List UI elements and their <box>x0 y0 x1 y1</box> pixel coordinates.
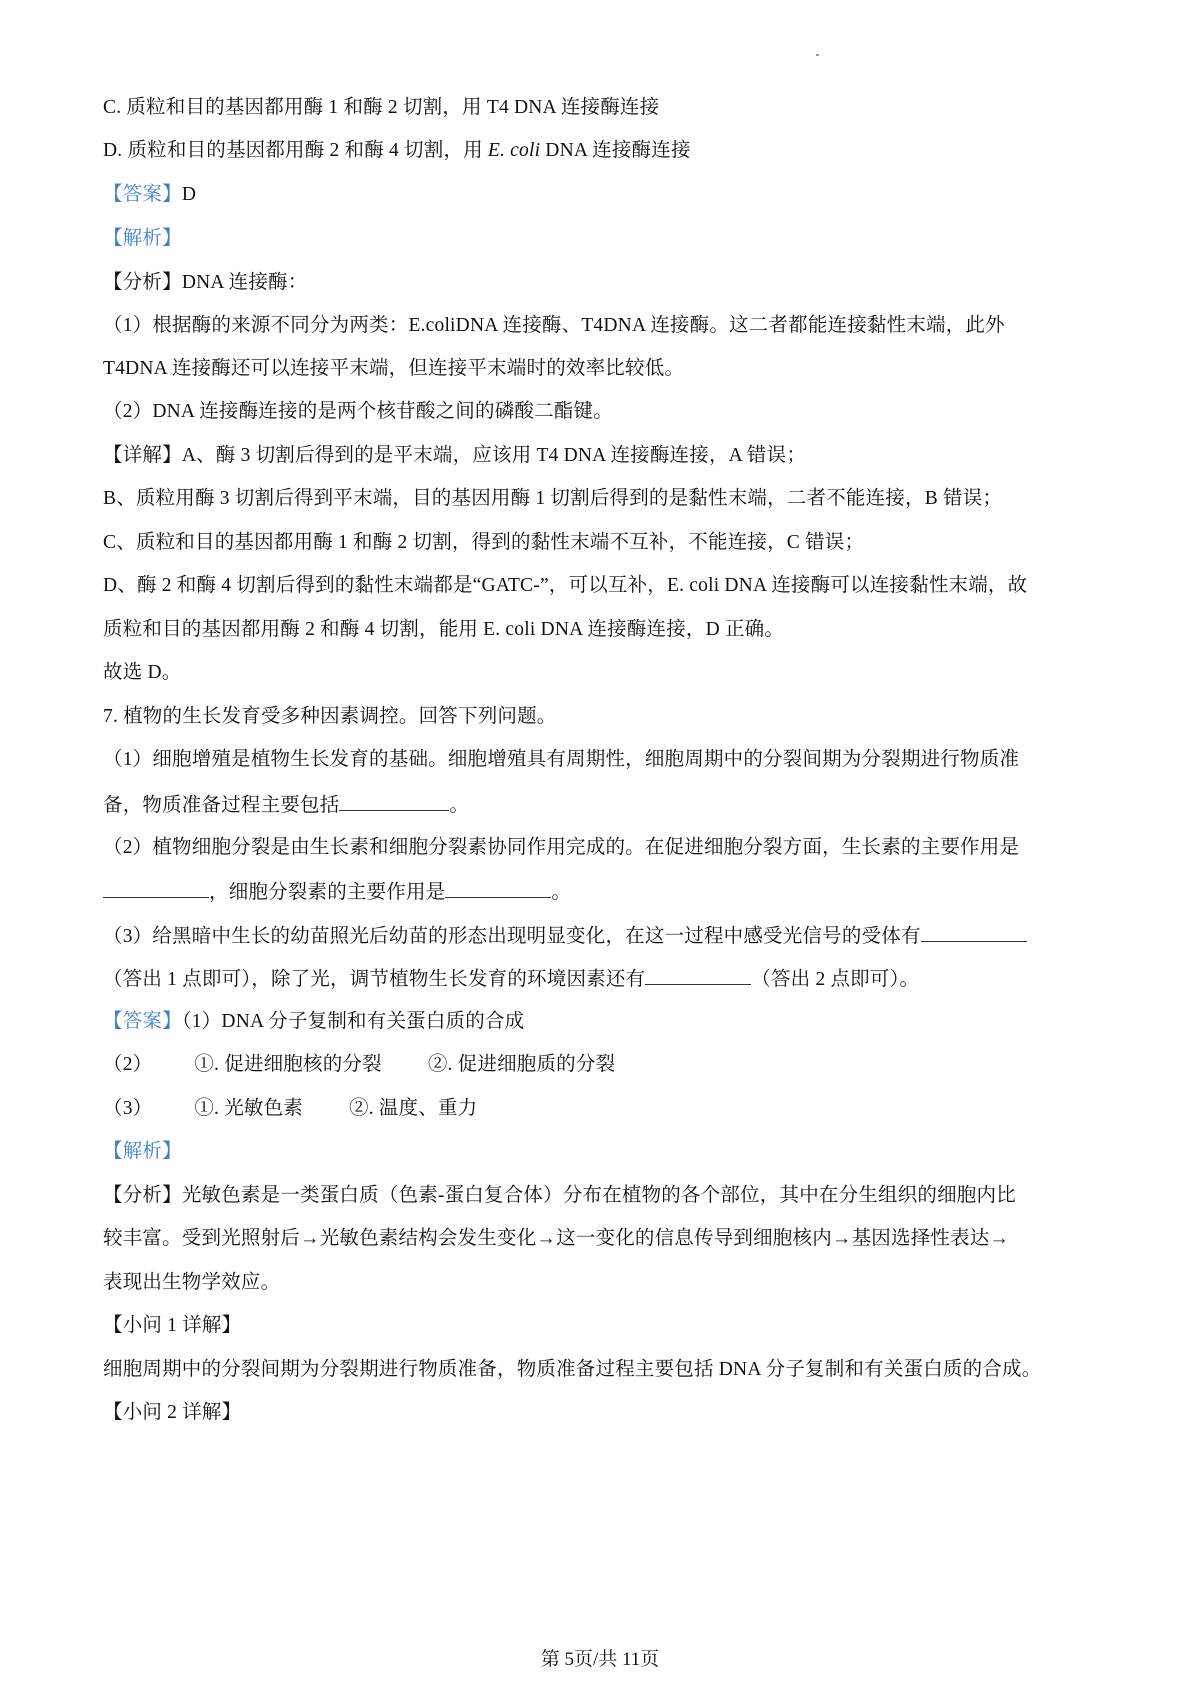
analysis-tag: 【解析】 <box>103 1141 182 1162</box>
sub3-text: （答出 1 点即可），除了光，调节植物生长发育的环境因素还有 <box>103 969 645 990</box>
q6-detail-c: C、质粒和目的基因都用酶 1 和酶 2 切割，得到的黏性末端不互补，不能连接，C… <box>103 531 864 555</box>
q7-fenxi-line3: 表现出生物学效应。 <box>103 1271 280 1295</box>
sub1-text: 备，物质准备过程主要包括 <box>103 795 339 816</box>
q6-analysis-heading: 【解析】 <box>103 227 182 251</box>
answer-text: （1）DNA 分子复制和有关蛋白质的合成 <box>182 1011 525 1032</box>
answer-tag: 【答案】 <box>103 1011 182 1032</box>
answer-item: ①. 光敏色素 <box>194 1098 303 1119</box>
answer-value: D <box>182 184 196 205</box>
answer-blank <box>645 966 751 985</box>
q6-conclusion: 故选 D。 <box>103 661 181 685</box>
q7-stem: 7. 植物的生长发育受多种因素调控。回答下列问题。 <box>103 705 557 729</box>
option-prefix: D. <box>103 140 127 161</box>
q6-detail-d-line2: 质粒和目的基因都用酶 2 和酶 4 切割，能用 E. coli DNA 连接酶连… <box>103 618 784 642</box>
sub3-text: （答出 2 点即可）。 <box>751 969 919 990</box>
answer-tag: 【答案】 <box>103 184 182 205</box>
q6-detail-d-line1: D、酶 2 和酶 4 切割后得到的黏性末端都是“GATC-”，可以互补，E. c… <box>103 574 1027 598</box>
q6-answer: 【答案】D <box>103 183 196 207</box>
q7-analysis-heading: 【解析】 <box>103 1140 182 1164</box>
answer-blank <box>921 923 1027 942</box>
q6-fenxi: 【分析】DNA 连接酶： <box>103 271 307 295</box>
q7-sub3-line2: （答出 1 点即可），除了光，调节植物生长发育的环境因素还有（答出 2 点即可）… <box>103 966 919 992</box>
species-name: E. coli <box>488 140 540 161</box>
option-c: C. 质粒和目的基因都用酶 1 和酶 2 切割，用 T4 DNA 连接酶连接 <box>103 96 659 120</box>
q7-fenxi-line1: 【分析】光敏色素是一类蛋白质（色素-蛋白复合体）分布在植物的各个部位，其中在分生… <box>103 1184 1016 1208</box>
q6-detail-a: 【详解】A、酶 3 切割后得到的是平末端，应该用 T4 DNA 连接酶连接，A … <box>103 444 806 468</box>
page-number: 第 5页/共 11页 <box>0 1644 1200 1671</box>
answer-label: （2） <box>103 1054 152 1075</box>
q7-sub-q1-heading: 【小问 1 详解】 <box>103 1314 241 1338</box>
xiangjie-tag: 【详解】 <box>103 445 182 466</box>
option-prefix: C. <box>103 97 126 118</box>
q7-answer2: （2）①. 促进细胞核的分裂②. 促进细胞质的分裂 <box>103 1053 615 1077</box>
option-text: DNA 连接酶连接 <box>540 140 690 161</box>
q6-point2: （2）DNA 连接酶连接的是两个核苷酸之间的磷酸二酯键。 <box>103 400 613 424</box>
answer-item: ②. 促进细胞质的分裂 <box>428 1054 615 1075</box>
answer-blank <box>103 879 209 898</box>
q7-answer1: 【答案】（1）DNA 分子复制和有关蛋白质的合成 <box>103 1010 524 1034</box>
q7-sub3-line1: （3）给黑暗中生长的幼苗照光后幼苗的形态出现明显变化，在这一过程中感受光信号的受… <box>103 923 1027 949</box>
punct: 。 <box>449 795 469 816</box>
option-d: D. 质粒和目的基因都用酶 2 和酶 4 切割，用 E. coli DNA 连接… <box>103 139 691 163</box>
fenxi-tag: 【分析】 <box>103 1185 182 1206</box>
option-text: 质粒和目的基因都用酶 1 和酶 2 切割，用 T4 DNA 连接酶连接 <box>126 97 659 118</box>
answer-blank <box>339 792 449 811</box>
q6-point1-line1: （1）根据酶的来源不同分为两类：E.coliDNA 连接酶、T4DNA 连接酶。… <box>103 314 1005 338</box>
q6-point1-line2: T4DNA 连接酶还可以连接平末端，但连接平末端时的效率比较低。 <box>103 357 684 381</box>
punct: 。 <box>551 882 571 903</box>
q7-fenxi-line2: 较丰富。受到光照射后→光敏色素结构会发生变化→这一变化的信息传导到细胞核内→基因… <box>103 1227 1009 1251</box>
q7-answer3: （3）①. 光敏色素②. 温度、重力 <box>103 1097 477 1121</box>
q7-sub2-line1: （2）植物细胞分裂是由生长素和细胞分裂素协同作用完成的。在促进细胞分裂方面，生长… <box>103 836 1019 860</box>
fenxi-text: 光敏色素是一类蛋白质（色素-蛋白复合体）分布在植物的各个部位，其中在分生组织的细… <box>182 1185 1016 1206</box>
answer-item: ②. 温度、重力 <box>349 1098 477 1119</box>
q7-sub1-line2: 备，物质准备过程主要包括。 <box>103 792 469 818</box>
detail-text: A、酶 3 切割后得到的是平末端，应该用 T4 DNA 连接酶连接，A 错误； <box>182 445 806 466</box>
option-text: 质粒和目的基因都用酶 2 和酶 4 切割，用 <box>127 140 487 161</box>
q7-sub-q1-text: 细胞周期中的分裂间期为分裂期进行物质准备，物质准备过程主要包括 DNA 分子复制… <box>103 1358 1041 1382</box>
sub2-text: ，细胞分裂素的主要作用是 <box>209 882 445 903</box>
fenxi-tag: 【分析】 <box>103 272 182 293</box>
fenxi-text: DNA 连接酶： <box>182 272 308 293</box>
q6-detail-b: B、质粒用酶 3 切割后得到平末端，目的基因用酶 1 切割后得到的是黏性末端，二… <box>103 487 1002 511</box>
answer-item: ①. 促进细胞核的分裂 <box>194 1054 381 1075</box>
document-page: C. 质粒和目的基因都用酶 1 和酶 2 切割，用 T4 DNA 连接酶连接 D… <box>0 0 1200 1698</box>
answer-blank <box>445 879 551 898</box>
scan-dot <box>816 54 819 56</box>
q7-sub-q2-heading: 【小问 2 详解】 <box>103 1401 241 1425</box>
q7-sub1-line1: （1）细胞增殖是植物生长发育的基础。细胞增殖具有周期性，细胞周期中的分裂间期为分… <box>103 748 1019 772</box>
analysis-tag: 【解析】 <box>103 228 182 249</box>
q7-sub2-line2: ，细胞分裂素的主要作用是。 <box>103 879 571 905</box>
answer-label: （3） <box>103 1098 152 1119</box>
sub3-text: （3）给黑暗中生长的幼苗照光后幼苗的形态出现明显变化，在这一过程中感受光信号的受… <box>103 926 921 947</box>
